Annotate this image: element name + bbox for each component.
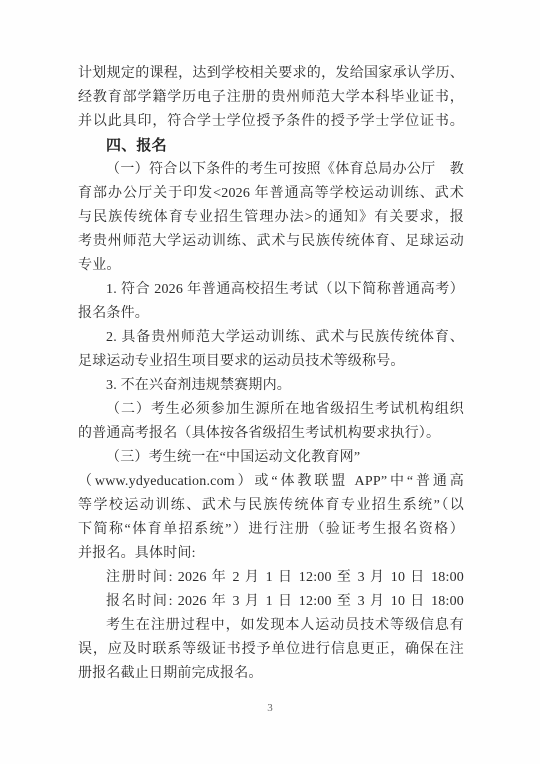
page-number: 3 (0, 702, 540, 714)
list-item-3: 3. 不在兴奋剂违规禁赛期内。 (78, 374, 464, 398)
paragraph-line: 下简称“体育单招系统”）进行注册（验证考生报名资格） (78, 518, 464, 542)
document-text-column: 计划规定的课程，达到学校相关要求的，发给国家承认学历、 经教育部学籍学历电子注册… (78, 62, 464, 686)
paragraph-line: 册报名截止日期前完成报名。 (78, 662, 464, 686)
registration-time-line: 注册时间: 2026 年 2 月 1 日 12:00 至 3 月 10 日 18… (78, 566, 464, 590)
paragraph-line: 并报名。具体时间: (78, 542, 464, 566)
paragraph-line: 并以此具印，符合学士学位授予条件的授予学士学位证书。 (78, 110, 464, 134)
paragraph-line: 育部办公厅关于印发<2026 年普通高等学校运动训练、武术 (78, 182, 464, 206)
list-item-2: 2. 具备贵州师范大学运动训练、武术与民族传统体育、 (78, 326, 464, 350)
paragraph-line: 的普通高考报名（具体按各省级招生考试机构要求执行）。 (78, 422, 464, 446)
document-page: 计划规定的课程，达到学校相关要求的，发给国家承认学历、 经教育部学籍学历电子注册… (0, 0, 540, 764)
paragraph-line: 经教育部学籍学历电子注册的贵州师范大学本科毕业证书， (78, 86, 464, 110)
paragraph-line: 考生在注册过程中，如发现本人运动员技术等级信息有 (78, 614, 464, 638)
section-heading-registration: 四、报名 (78, 134, 464, 158)
paragraph-line: 计划规定的课程，达到学校相关要求的，发给国家承认学历、 (78, 62, 464, 86)
paragraph-line: 与民族传统体育专业招生管理办法>的通知》有关要求，报 (78, 206, 464, 230)
paragraph-line: 误，应及时联系等级证书授予单位进行信息更正，确保在注 (78, 638, 464, 662)
list-item-1: 1. 符合 2026 年普通高校招生考试（以下简称普通高考） (78, 278, 464, 302)
paragraph-line: 专业。 (78, 254, 464, 278)
paragraph-line: （一）符合以下条件的考生可按照《体育总局办公厅 教 (78, 158, 464, 182)
paragraph-line: 报名条件。 (78, 302, 464, 326)
paragraph-line: 等学校运动训练、武术与民族传统体育专业招生系统”（以 (78, 494, 464, 518)
paragraph-line-website-url: （www.ydyeducation.com）或“体教联盟 APP”中“普通高 (78, 470, 464, 494)
paragraph-line: （三）考生统一在“中国运动文化教育网” (78, 446, 464, 470)
paragraph-line: 考贵州师范大学运动训练、武术与民族传统体育、足球运动 (78, 230, 464, 254)
paragraph-line: （二）考生必须参加生源所在地省级招生考试机构组织 (78, 398, 464, 422)
signup-time-line: 报名时间: 2026 年 3 月 1 日 12:00 至 3 月 10 日 18… (78, 590, 464, 614)
paragraph-line: 足球运动专业招生项目要求的运动员技术等级称号。 (78, 350, 464, 374)
